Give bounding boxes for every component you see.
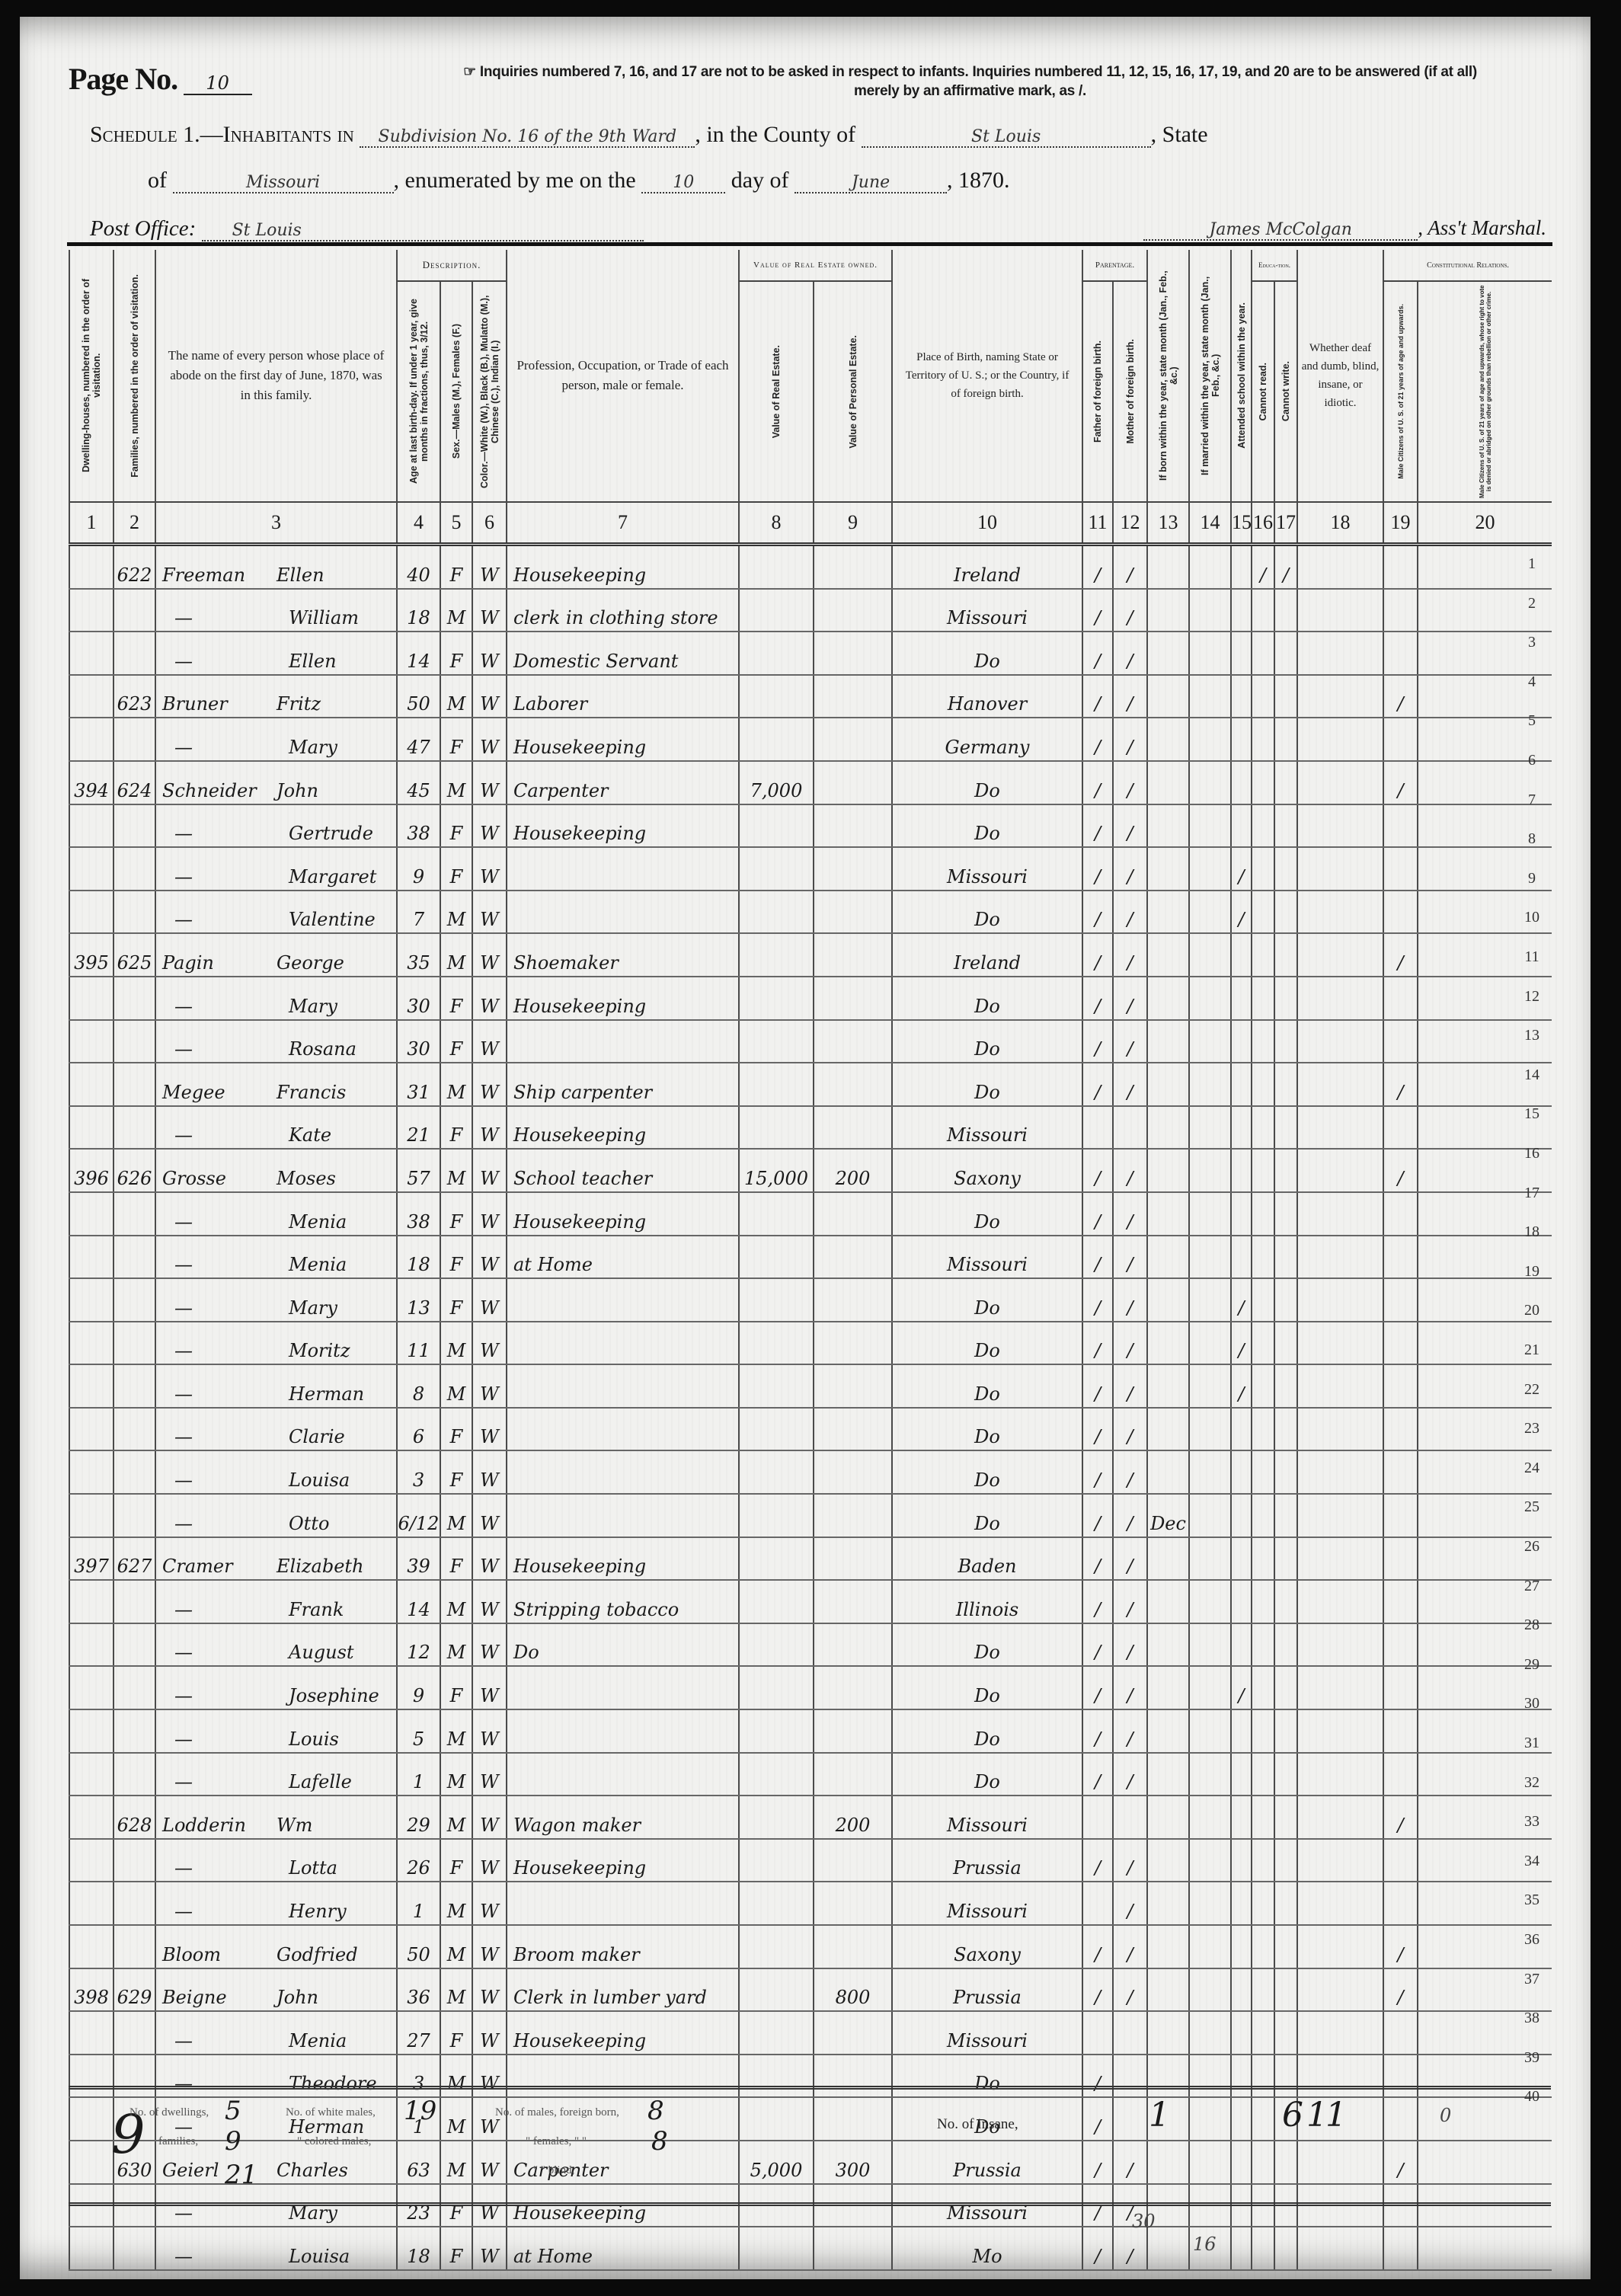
real-estate-value <box>739 1796 814 1839</box>
age: 27 <box>397 2011 440 2055</box>
family-number <box>114 1192 155 1236</box>
color: W <box>472 675 507 718</box>
male-citizen <box>1383 718 1418 761</box>
cannot-read <box>1252 1537 1274 1581</box>
family-number <box>114 1063 155 1106</box>
person-name: —Otto <box>155 1494 397 1537</box>
surname: Freeman <box>162 564 277 586</box>
table-row: —Kate21FWHousekeepingMissouri <box>69 1106 1552 1150</box>
table-row: 622FreemanEllen40FWHousekeepingIreland//… <box>69 545 1552 589</box>
born-month <box>1147 718 1189 761</box>
disability <box>1297 891 1383 934</box>
married-month <box>1189 632 1231 675</box>
birthplace: Missouri <box>892 847 1082 891</box>
given-name: Mary <box>289 737 337 758</box>
sex: M <box>440 1063 472 1106</box>
disability <box>1297 1450 1383 1494</box>
table-row: —Louisa3FWDo// <box>69 1450 1552 1494</box>
birthplace: Do <box>892 977 1082 1020</box>
surname: Beigne <box>162 1987 277 2008</box>
mother-foreign: / <box>1113 1537 1147 1581</box>
occupation <box>507 1882 739 1925</box>
mother-foreign: / <box>1113 718 1147 761</box>
sex: F <box>440 847 472 891</box>
dwelling-number <box>69 1709 114 1753</box>
sex: M <box>440 1925 472 1968</box>
given-name: Fritz <box>277 693 321 715</box>
cannot-write <box>1274 1408 1297 1451</box>
attended-school: / <box>1231 891 1252 934</box>
column-number: 12 <box>1113 502 1147 545</box>
inhabitant-rows: 622FreemanEllen40FWHousekeepingIreland//… <box>69 545 1552 2270</box>
father-foreign: / <box>1082 804 1113 848</box>
family-number: 625 <box>114 933 155 977</box>
color: W <box>472 1580 507 1623</box>
person-name: —Moritz <box>155 1322 397 1365</box>
surname: — <box>162 1254 289 1275</box>
dwelling-number <box>69 589 114 632</box>
birthplace: Baden <box>892 1537 1082 1581</box>
dwelling-number <box>69 545 114 589</box>
total-count: 21 <box>225 2160 257 2190</box>
dwelling-number <box>69 891 114 934</box>
born-month <box>1147 1968 1189 2012</box>
occupation: Housekeeping <box>507 545 739 589</box>
mother-foreign: / <box>1113 933 1147 977</box>
cannot-read <box>1252 1278 1274 1322</box>
cannot-write <box>1274 1494 1297 1537</box>
married-month <box>1189 761 1231 804</box>
male-citizen <box>1383 1537 1418 1581</box>
family-number <box>114 1925 155 1968</box>
person-name: —Valentine <box>155 891 397 934</box>
attended-school <box>1231 1580 1252 1623</box>
col15-total: 6 <box>1282 2096 1303 2135</box>
married-month <box>1189 1063 1231 1106</box>
foreign-females-count: 8 <box>651 2126 668 2157</box>
personal-estate-value: 200 <box>814 1149 892 1192</box>
surname: Pagin <box>162 952 277 974</box>
col-real-estate-header: Value of Real Estate. <box>739 281 814 502</box>
sex: F <box>440 1408 472 1451</box>
age: 40 <box>397 545 440 589</box>
family-number <box>114 1450 155 1494</box>
occupation: Shoemaker <box>507 933 739 977</box>
color: W <box>472 1063 507 1106</box>
personal-estate-value <box>814 1494 892 1537</box>
occupation <box>507 1322 739 1365</box>
given-name: William <box>289 607 359 628</box>
real-estate-value: 7,000 <box>739 761 814 804</box>
color: W <box>472 1408 507 1451</box>
attended-school: / <box>1231 1322 1252 1365</box>
mother-foreign: / <box>1113 1968 1147 2012</box>
col-cannot-write-header: Cannot write. <box>1274 281 1297 502</box>
surname: — <box>162 1469 289 1491</box>
born-month <box>1147 1192 1189 1236</box>
birthplace: Do <box>892 891 1082 934</box>
family-number <box>114 1322 155 1365</box>
occupation: Housekeeping <box>507 1106 739 1150</box>
disability <box>1297 589 1383 632</box>
father-foreign: / <box>1082 977 1113 1020</box>
insane-label: No. of insane, <box>937 2116 1018 2133</box>
father-foreign: / <box>1082 933 1113 977</box>
family-number <box>114 847 155 891</box>
cannot-read <box>1252 1450 1274 1494</box>
given-name: Josephine <box>289 1685 379 1706</box>
column-number-row: 1234567891011121314151617181920 <box>69 502 1552 545</box>
col-cannot-read-header: Cannot read. <box>1252 281 1274 502</box>
subdivision-field: Subdivision No. 16 of the 9th Ward <box>360 127 695 148</box>
birthplace: Do <box>892 1063 1082 1106</box>
personal-estate-value: 200 <box>814 1796 892 1839</box>
born-month <box>1147 1106 1189 1150</box>
month-field: June <box>795 173 947 193</box>
education-group-header: Educa-tion. <box>1252 250 1297 281</box>
table-row: —Menia27FWHousekeepingMissouri <box>69 2011 1552 2055</box>
age: 36 <box>397 1968 440 2012</box>
family-number <box>114 1580 155 1623</box>
margin-row-number: 40 <box>1509 2088 1555 2106</box>
column-number: 13 <box>1147 502 1189 545</box>
occupation: Do <box>507 1623 739 1667</box>
real-estate-value <box>739 1537 814 1581</box>
sex: F <box>440 1236 472 1279</box>
father-foreign: / <box>1082 632 1113 675</box>
disability <box>1297 1709 1383 1753</box>
born-month <box>1147 1709 1189 1753</box>
age: 13 <box>397 1278 440 1322</box>
age: 50 <box>397 675 440 718</box>
male-citizen <box>1383 1709 1418 1753</box>
married-month <box>1189 1753 1231 1796</box>
birthplace: Do <box>892 1408 1082 1451</box>
real-estate-value <box>739 891 814 934</box>
margin-row-number: 17 <box>1509 1185 1555 1202</box>
margin-row-number: 19 <box>1509 1263 1555 1281</box>
birthplace: Germany <box>892 718 1082 761</box>
margin-row-number: 34 <box>1509 1853 1555 1870</box>
father-foreign: / <box>1082 761 1113 804</box>
family-number <box>114 2227 155 2270</box>
color: W <box>472 632 507 675</box>
mother-foreign: / <box>1113 1408 1147 1451</box>
given-name: Rosana <box>289 1038 356 1060</box>
age: 7 <box>397 891 440 934</box>
page-number-value: 10 <box>184 72 252 95</box>
cannot-read <box>1252 1322 1274 1365</box>
margin-row-number: 30 <box>1509 1695 1555 1712</box>
real-estate-value: 15,000 <box>739 1149 814 1192</box>
table-row: —August12MWDoDo// <box>69 1623 1552 1667</box>
mother-foreign: / <box>1113 1925 1147 1968</box>
cannot-write <box>1274 1537 1297 1581</box>
table-row: 623BrunerFritz50MWLaborerHanover/// <box>69 675 1552 718</box>
birthplace: Missouri <box>892 589 1082 632</box>
cannot-read <box>1252 1796 1274 1839</box>
married-month <box>1189 1968 1231 2012</box>
occupation <box>507 1494 739 1537</box>
color: W <box>472 804 507 848</box>
male-citizen <box>1383 1666 1418 1709</box>
person-name: —Louisa <box>155 1450 397 1494</box>
col-occupation-header: Profession, Occupation, or Trade of each… <box>507 250 739 502</box>
cannot-write <box>1274 589 1297 632</box>
margin-row-number: 22 <box>1509 1381 1555 1399</box>
given-name: Louis <box>289 1728 339 1750</box>
given-name: George <box>277 952 344 974</box>
census-table: Dwelling-houses, numbered in the order o… <box>69 250 1551 2271</box>
col-personal-estate-header: Value of Personal Estate. <box>814 281 892 502</box>
male-citizen <box>1383 1494 1418 1537</box>
attended-school <box>1231 1494 1252 1537</box>
mother-foreign: / <box>1113 2227 1147 2270</box>
person-name: —Lafelle <box>155 1753 397 1796</box>
margin-row-number: 28 <box>1509 1616 1555 1634</box>
col-sex-header: Sex.—Males (M.), Females (F.) <box>440 281 472 502</box>
given-name: Clarie <box>289 1426 345 1447</box>
inhabitants-table: Dwelling-houses, numbered in the order o… <box>69 250 1552 2271</box>
birthplace: Saxony <box>892 1149 1082 1192</box>
male-citizen <box>1383 632 1418 675</box>
birthplace: Do <box>892 1494 1082 1537</box>
col-born-month-header: If born within the year, state month (Ja… <box>1147 250 1189 502</box>
sex: M <box>440 1322 472 1365</box>
disability <box>1297 718 1383 761</box>
person-name: —Ellen <box>155 632 397 675</box>
disability <box>1297 1322 1383 1365</box>
sex: M <box>440 1494 472 1537</box>
personal-estate-value <box>814 589 892 632</box>
sex: F <box>440 2227 472 2270</box>
given-name: Gertrude <box>289 823 373 844</box>
born-month <box>1147 545 1189 589</box>
given-name: Otto <box>289 1513 329 1534</box>
color: W <box>472 1494 507 1537</box>
col-school-header: Attended school within the year. <box>1231 250 1252 502</box>
family-number <box>114 977 155 1020</box>
personal-estate-value <box>814 1364 892 1408</box>
real-estate-value <box>739 847 814 891</box>
born-month <box>1147 1537 1189 1581</box>
cannot-read <box>1252 933 1274 977</box>
mother-foreign: / <box>1113 1149 1147 1192</box>
father-foreign: / <box>1082 1149 1113 1192</box>
given-name: Moses <box>277 1168 336 1189</box>
male-citizen <box>1383 1753 1418 1796</box>
cannot-write <box>1274 761 1297 804</box>
surname: — <box>162 1340 289 1361</box>
family-number <box>114 804 155 848</box>
color: W <box>472 891 507 934</box>
table-row: —Menia18FWat HomeMissouri// <box>69 1236 1552 1279</box>
color: W <box>472 1882 507 1925</box>
cannot-read <box>1252 718 1274 761</box>
surname: — <box>162 866 289 887</box>
mother-foreign: / <box>1113 1839 1147 1882</box>
person-name: LodderinWm <box>155 1796 397 1839</box>
column-number: 8 <box>739 502 814 545</box>
mother-foreign: / <box>1113 1236 1147 1279</box>
cannot-read <box>1252 675 1274 718</box>
dwelling-number <box>69 1623 114 1667</box>
real-estate-value <box>739 977 814 1020</box>
col-vote-denied-header: Male Citizens of U. S. of 21 years of ag… <box>1418 281 1552 502</box>
margin-row-number: 10 <box>1509 909 1555 926</box>
given-name: Mary <box>289 996 337 1017</box>
cannot-read <box>1252 1149 1274 1192</box>
personal-estate-value <box>814 891 892 934</box>
male-citizen <box>1383 1839 1418 1882</box>
mother-foreign: / <box>1113 1494 1147 1537</box>
sex: F <box>440 804 472 848</box>
cannot-read <box>1252 847 1274 891</box>
sex: M <box>440 933 472 977</box>
real-estate-value <box>739 1666 814 1709</box>
person-name: BloomGodfried <box>155 1925 397 1968</box>
margin-row-number: 11 <box>1509 948 1555 966</box>
cannot-write <box>1274 1623 1297 1667</box>
disability <box>1297 1149 1383 1192</box>
birthplace: Do <box>892 1753 1082 1796</box>
cannot-read <box>1252 1408 1274 1451</box>
given-name: Ellen <box>277 564 325 586</box>
cannot-write <box>1274 1580 1297 1623</box>
col19-total: 0 <box>1440 2105 1451 2126</box>
person-name: —William <box>155 589 397 632</box>
cannot-read: / <box>1252 545 1274 589</box>
occupation: Housekeeping <box>507 1192 739 1236</box>
mother-foreign: / <box>1113 1322 1147 1365</box>
family-number <box>114 891 155 934</box>
margin-row-number: 5 <box>1509 712 1555 730</box>
dwelling-number <box>69 675 114 718</box>
table-row: MegeeFrancis31MWShip carpenterDo/// <box>69 1063 1552 1106</box>
col17-total: 1 <box>1325 2096 1347 2135</box>
married-month <box>1189 1494 1231 1537</box>
cannot-write <box>1274 933 1297 977</box>
cannot-read <box>1252 1063 1274 1106</box>
attended-school <box>1231 1753 1252 1796</box>
cannot-read <box>1252 1882 1274 1925</box>
occupation <box>507 847 739 891</box>
sex: M <box>440 1580 472 1623</box>
color: W <box>472 1537 507 1581</box>
real-estate-value <box>739 1709 814 1753</box>
cannot-read <box>1252 1709 1274 1753</box>
real-estate-value <box>739 632 814 675</box>
given-name: Francis <box>277 1082 346 1103</box>
table-row: —Herman8MWDo/// <box>69 1364 1552 1408</box>
sex: M <box>440 1149 472 1192</box>
margin-row-number: 6 <box>1509 752 1555 769</box>
sex: M <box>440 1709 472 1753</box>
surname: — <box>162 823 289 844</box>
father-foreign: / <box>1082 1925 1113 1968</box>
person-name: MegeeFrancis <box>155 1063 397 1106</box>
real-estate-value <box>739 1623 814 1667</box>
column-number: 17 <box>1274 502 1297 545</box>
dwelling-number <box>69 1925 114 1968</box>
cannot-read <box>1252 1623 1274 1667</box>
mother-foreign: / <box>1113 847 1147 891</box>
cannot-write <box>1274 2227 1297 2270</box>
cannot-read <box>1252 1666 1274 1709</box>
male-citizen: / <box>1383 1063 1418 1106</box>
column-number: 18 <box>1297 502 1383 545</box>
disability <box>1297 1839 1383 1882</box>
white-males-count: 19 <box>404 2096 436 2126</box>
age: 3 <box>397 1450 440 1494</box>
occupation: Domestic Servant <box>507 632 739 675</box>
father-foreign <box>1082 1882 1113 1925</box>
married-month <box>1189 1839 1231 1882</box>
dwelling-number <box>69 1450 114 1494</box>
real-estate-value <box>739 1192 814 1236</box>
personal-estate-value <box>814 1106 892 1150</box>
attended-school <box>1231 675 1252 718</box>
parentage-group-header: Parentage. <box>1082 250 1147 281</box>
occupation: Stripping tobacco <box>507 1580 739 1623</box>
given-name: Mary <box>289 1297 337 1319</box>
surname: — <box>162 1857 289 1879</box>
margin-scribble: 16 <box>1193 2234 1217 2255</box>
margin-row-number: 26 <box>1509 1538 1555 1556</box>
cannot-read <box>1252 2011 1274 2055</box>
table-row: —Henry1MWMissouri/ <box>69 1882 1552 1925</box>
disability <box>1297 1623 1383 1667</box>
family-number <box>114 1278 155 1322</box>
color: W <box>472 1666 507 1709</box>
column-number: 6 <box>472 502 507 545</box>
table-row: —Lafelle1MWDo// <box>69 1753 1552 1796</box>
marshal-signature: James McColgan <box>1143 220 1418 241</box>
sex: F <box>440 1278 472 1322</box>
table-row: 395625PaginGeorge35MWShoemakerIreland/// <box>69 933 1552 977</box>
real-estate-value <box>739 718 814 761</box>
cannot-read <box>1252 1753 1274 1796</box>
attended-school <box>1231 1882 1252 1925</box>
margin-row-number: 14 <box>1509 1066 1555 1084</box>
real-estate-value <box>739 1580 814 1623</box>
header-rule <box>67 242 1552 246</box>
disability <box>1297 1192 1383 1236</box>
sex: F <box>440 1666 472 1709</box>
married-month <box>1189 891 1231 934</box>
table-row: —Otto6/12MWDo//Dec <box>69 1494 1552 1537</box>
given-name: Margaret <box>289 866 376 887</box>
born-month <box>1147 1322 1189 1365</box>
father-foreign: / <box>1082 1063 1113 1106</box>
birthplace: Do <box>892 1623 1082 1667</box>
color: W <box>472 2011 507 2055</box>
cannot-write <box>1274 2011 1297 2055</box>
surname: — <box>162 1901 289 1922</box>
age: 47 <box>397 718 440 761</box>
occupation <box>507 1278 739 1322</box>
margin-scribble: 30 <box>1132 2211 1156 2232</box>
margin-row-number: 16 <box>1509 1145 1555 1162</box>
father-foreign: / <box>1082 1192 1113 1236</box>
father-foreign: / <box>1082 847 1113 891</box>
person-name: —Kate <box>155 1106 397 1150</box>
mother-foreign: / <box>1113 1278 1147 1322</box>
age: 5 <box>397 1709 440 1753</box>
personal-estate-value <box>814 1753 892 1796</box>
mother-foreign: / <box>1113 1580 1147 1623</box>
sex: F <box>440 1450 472 1494</box>
